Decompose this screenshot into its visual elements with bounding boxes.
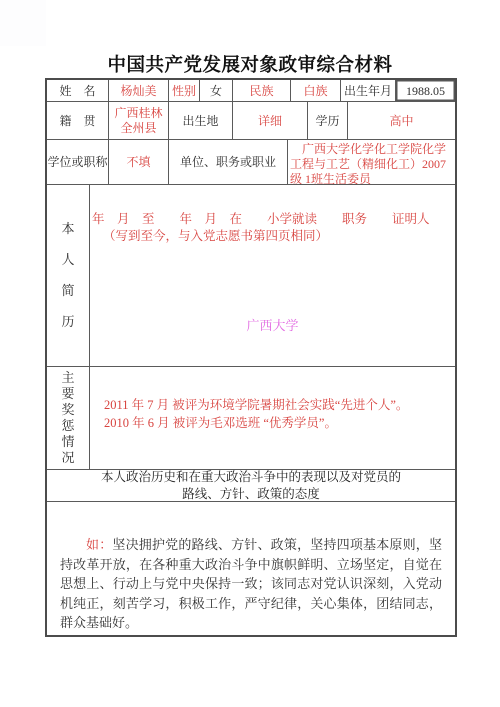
page-title: 中国共产党发展对象政审综合材料: [0, 51, 500, 77]
row-origin-education: 籍 贯 广西桂林全州县 出生地 详细 学历 高中: [47, 102, 455, 140]
awards-label-char: 要: [61, 387, 74, 401]
ethnicity-label: 民族: [233, 80, 291, 101]
awards-label-char: 奖: [61, 403, 74, 417]
unit-position-label: 单位、职务或职业: [169, 140, 288, 184]
native-place-value: 广西桂林全州县: [109, 102, 169, 139]
awards-label-char: 主: [61, 371, 74, 385]
awards-label-char: 况: [61, 451, 74, 465]
political-header-line1: 本人政治历史和在重大政治斗争中的表现以及对党员的: [101, 470, 401, 485]
row-political-body: 如：坚决拥护党的路线、方针、政策，坚持四项基本原则，坚持改革开放，在各种重大政治…: [47, 502, 455, 635]
row-degree-unit: 学位或职称 不填 单位、职务或职业 广西大学化学化工学院化学工程与工艺（精细化工…: [47, 140, 455, 185]
row-awards: 主 要 奖 惩 情 况 2011 年 7 月 被评为环境学院暑期社会实践“先进个…: [47, 367, 455, 470]
awards-label-char: 情: [61, 435, 74, 449]
awards-label-char: 惩: [61, 419, 74, 433]
birthplace-value: 详细: [233, 102, 308, 139]
resume-instruction-note: （写到至今，与入党志愿书第四页相同）: [103, 229, 328, 243]
document-page: { "title": "中国共产党发展对象政审综合材料", "colors": …: [0, 0, 500, 707]
degree-title-value: 不填: [109, 140, 169, 184]
native-place-text: 广西桂林全州县: [112, 106, 166, 136]
resume-label-char: 简: [61, 284, 74, 298]
political-body-cell: 如：坚决拥护党的路线、方针、政策，坚持四项基本原则，坚持改革开放，在各种重大政治…: [47, 502, 455, 635]
gender-label: 性别: [169, 80, 200, 101]
resume-template-line: 年 月 至 年 月 在 小学就读 职务 证明人: [92, 212, 430, 226]
name-value: 杨灿美: [109, 80, 169, 101]
native-place-label: 籍 贯: [47, 102, 109, 139]
birth-date-value: 1988.05: [396, 80, 455, 101]
political-body-prefix: 如：: [86, 537, 112, 552]
education-label: 学历: [308, 102, 348, 139]
political-header-cell: 本人政治历史和在重大政治斗争中的表现以及对党员的 路线、方针、政策的态度: [47, 470, 455, 501]
awards-content-cell: 2011 年 7 月 被评为环境学院暑期社会实践“先进个人”。 2010 年 6…: [90, 367, 455, 469]
resume-label-char: 本: [61, 222, 74, 236]
political-body-text: 坚决拥护党的路线、方针、政策，坚持四项基本原则，坚持改革开放，在各种重大政治斗争…: [60, 537, 442, 630]
birthplace-label: 出生地: [169, 102, 233, 139]
resume-label-char: 人: [61, 253, 74, 267]
degree-title-label: 学位或职称: [47, 140, 109, 184]
resume-content-cell: 年 月 至 年 月 在 小学就读 职务 证明人 （写到至今，与入党志愿书第四页相…: [90, 185, 455, 366]
political-review-form-table: 姓 名 杨灿美 性别 女 民族 白族 出生年月 1988.05 籍 贯 广西桂林…: [45, 78, 457, 637]
resume-label-char: 历: [61, 315, 74, 329]
awards-section-label: 主 要 奖 惩 情 况: [47, 367, 90, 469]
row-political-header: 本人政治历史和在重大政治斗争中的表现以及对党员的 路线、方针、政策的态度: [47, 470, 455, 502]
row-resume: 本 人 简 历 年 月 至 年 月 在 小学就读 职务 证明人 （写到至今，与入…: [47, 185, 455, 367]
birth-date-label: 出生年月: [341, 80, 396, 101]
row-basic-info: 姓 名 杨灿美 性别 女 民族 白族 出生年月 1988.05: [47, 80, 455, 102]
unit-position-value: 广西大学化学化工学院化学工程与工艺（精细化工）2007 级 1班生活委员: [288, 140, 455, 184]
political-header-line2: 路线、方针、政策的态度: [182, 487, 320, 502]
gender-value: 女: [200, 80, 233, 101]
award-entry: 2010 年 6 月 被评为毛邓选班 “优秀学员”。: [104, 416, 337, 431]
education-value: 高中: [348, 102, 455, 139]
scan-corner-artifact: [0, 0, 46, 46]
resume-section-label: 本 人 简 历: [47, 185, 90, 366]
ethnicity-value: 白族: [291, 80, 341, 101]
award-entry: 2011 年 7 月 被评为环境学院暑期社会实践“先进个人”。: [104, 398, 408, 413]
name-label: 姓 名: [47, 80, 109, 101]
resume-university-mark: 广西大学: [90, 319, 455, 333]
